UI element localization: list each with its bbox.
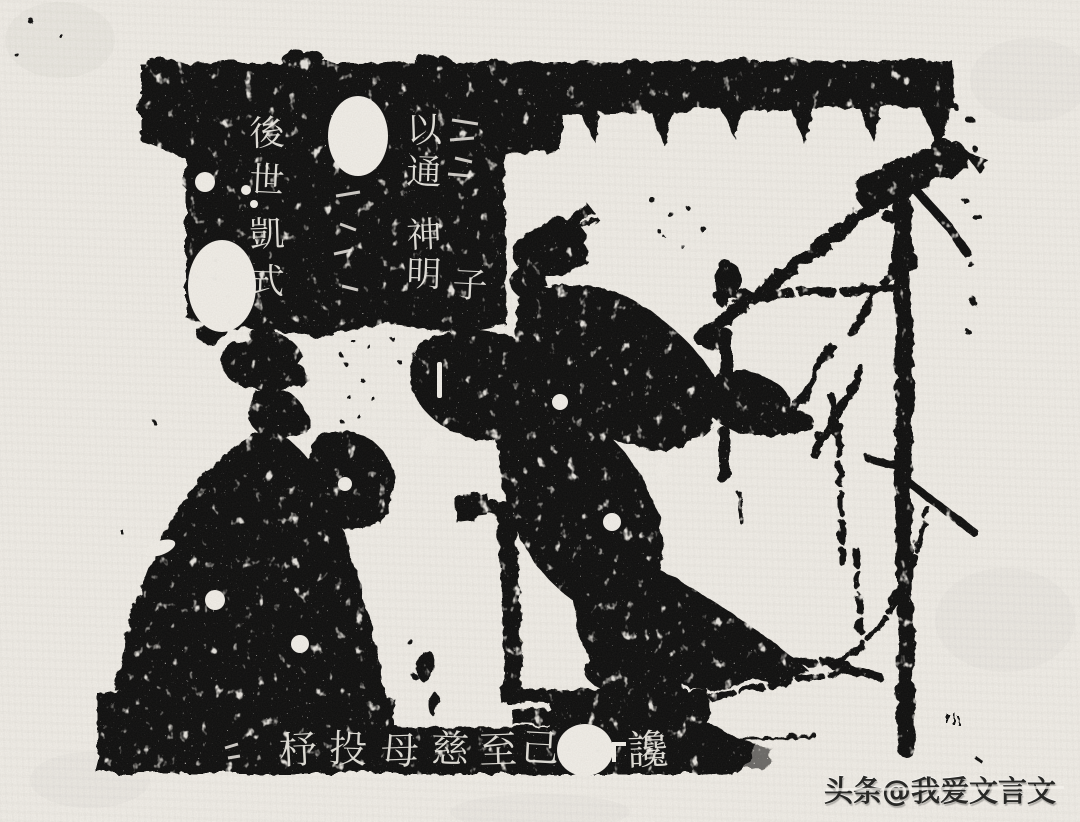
paper-grain [0,0,1080,822]
rubbing-image: 子 以 通 神 明 後 世 凱 式 杼 投 母 慈 至 己 讒 头条@我爱文言文 [0,0,1080,822]
rubbing-art: 子 以 通 神 明 後 世 凱 式 杼 投 母 慈 至 己 讒 [0,0,1080,822]
